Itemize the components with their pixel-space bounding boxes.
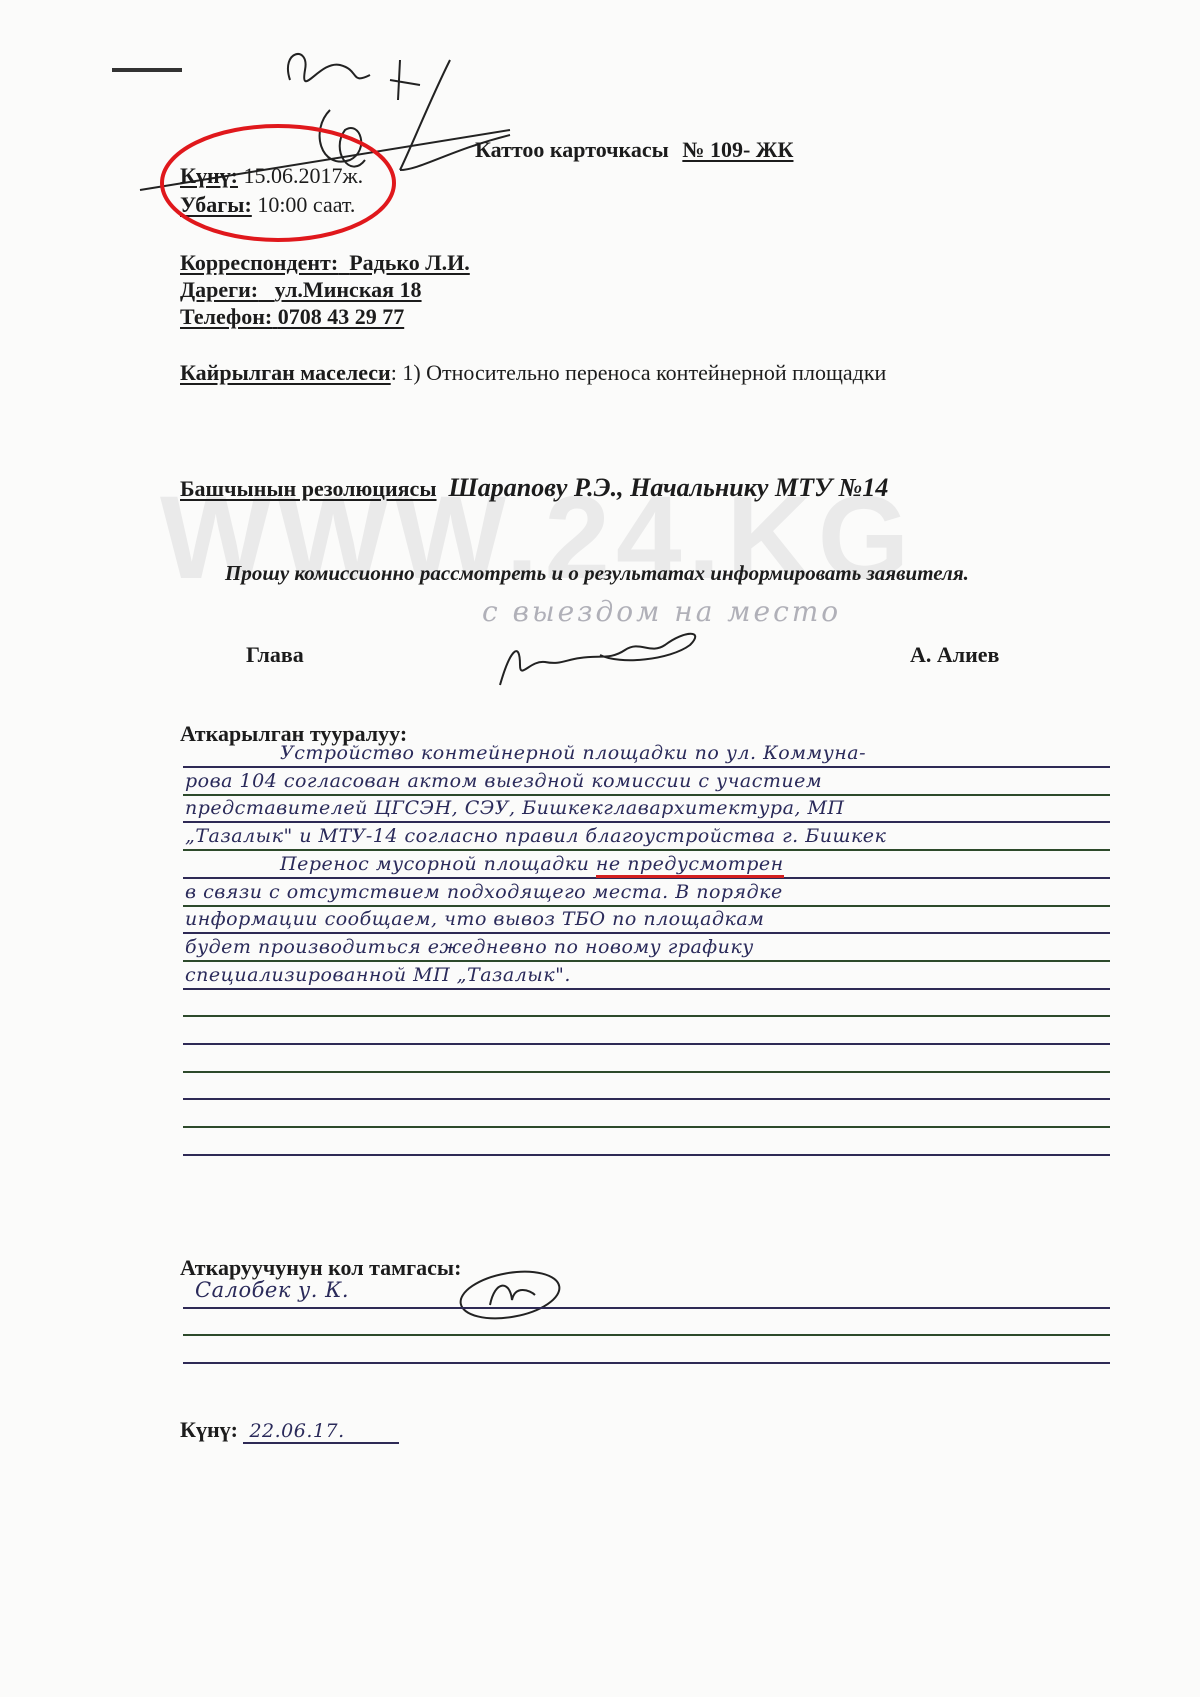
staple-mark <box>112 68 182 72</box>
highlighted-phrase: не предусмотрен <box>596 853 784 878</box>
ruled-line <box>183 960 1110 962</box>
ruled-line <box>183 1043 1110 1045</box>
annotation-circle-icon <box>158 122 398 244</box>
address-row: Дареги: ул.Минская 18 <box>180 277 422 303</box>
executor-line <box>183 1307 1110 1309</box>
ruled-line <box>183 766 1110 768</box>
footer-date-label: Күнү: <box>180 1417 238 1442</box>
ruled-line <box>183 932 1110 934</box>
handwritten-line: представителей ЦГСЭН, СЭУ, Бишкекглаварх… <box>185 797 845 819</box>
handwritten-line: Устройство контейнерной площадки по ул. … <box>280 742 866 764</box>
executor-line <box>183 1334 1110 1336</box>
phone-label: Телефон: <box>180 304 272 329</box>
address-value: ул.Минская 18 <box>275 277 422 302</box>
correspondent-label: Корреспондент: <box>180 250 338 275</box>
ruled-line <box>183 849 1110 851</box>
ruled-line <box>183 821 1110 823</box>
executor-line <box>183 1362 1110 1364</box>
ruled-line <box>183 794 1110 796</box>
ruled-line <box>183 905 1110 907</box>
issue-row: Кайрылган маселеси: 1) Относительно пере… <box>180 360 886 386</box>
card-number: № 109- ЖК <box>682 137 793 162</box>
handwritten-line: в связи с отсутствием подходящего места.… <box>185 881 783 903</box>
ruled-line <box>183 1015 1110 1017</box>
address-label: Дареги: <box>180 277 258 302</box>
ruled-line <box>183 1098 1110 1100</box>
card-label: Каттоо карточкасы <box>475 137 669 162</box>
correspondent-value: Радько Л.И. <box>349 250 470 275</box>
issue-label: Кайрылган маселеси <box>180 360 391 385</box>
footer-date-row: Күнү: 22.06.17. <box>180 1417 399 1444</box>
handwritten-line: информации сообщаем, что вывоз ТБО по пл… <box>185 908 764 930</box>
handwritten-line: Перенос мусорной площадки не предусмотре… <box>280 853 784 875</box>
phone-value: 0708 43 29 77 <box>278 304 405 329</box>
handwritten-line: „Тазалык" и МТУ-14 согласно правил благо… <box>185 825 886 847</box>
resolution-row: Башчынын резолюциясы Шарапову Р.Э., Нача… <box>180 473 888 503</box>
resolution-text: Прошу комиссионно рассмотреть и о резуль… <box>225 561 969 586</box>
resolution-addressee: Шарапову Р.Э., Начальнику МТУ №14 <box>449 473 889 502</box>
ruled-line <box>183 1071 1110 1073</box>
issue-value: : 1) Относительно переноса контейнерной … <box>391 360 887 385</box>
head-signature-icon <box>490 620 720 690</box>
ruled-line <box>183 1154 1110 1156</box>
phone-row: Телефон: 0708 43 29 77 <box>180 304 404 330</box>
signer-title: Глава <box>246 642 304 668</box>
ruled-line <box>183 988 1110 990</box>
handwritten-line: рова 104 согласован актом выездной комис… <box>185 770 822 792</box>
handwritten-line: специализированной МП „Тазалык". <box>185 964 571 986</box>
correspondent-row: Корреспондент: Радько Л.И. <box>180 250 470 276</box>
executor-signature-icon <box>450 1265 590 1345</box>
card-title: Каттоо карточкасы № 109- ЖК <box>475 137 793 163</box>
ruled-line <box>183 1126 1110 1128</box>
resolution-label: Башчынын резолюциясы <box>180 476 437 501</box>
handwritten-line: будет производиться ежедневно по новому … <box>185 936 754 958</box>
executor-name: Салобек у. К. <box>195 1278 349 1302</box>
footer-date-value: 22.06.17. <box>243 1420 399 1444</box>
signer-name: А. Алиев <box>910 642 999 668</box>
